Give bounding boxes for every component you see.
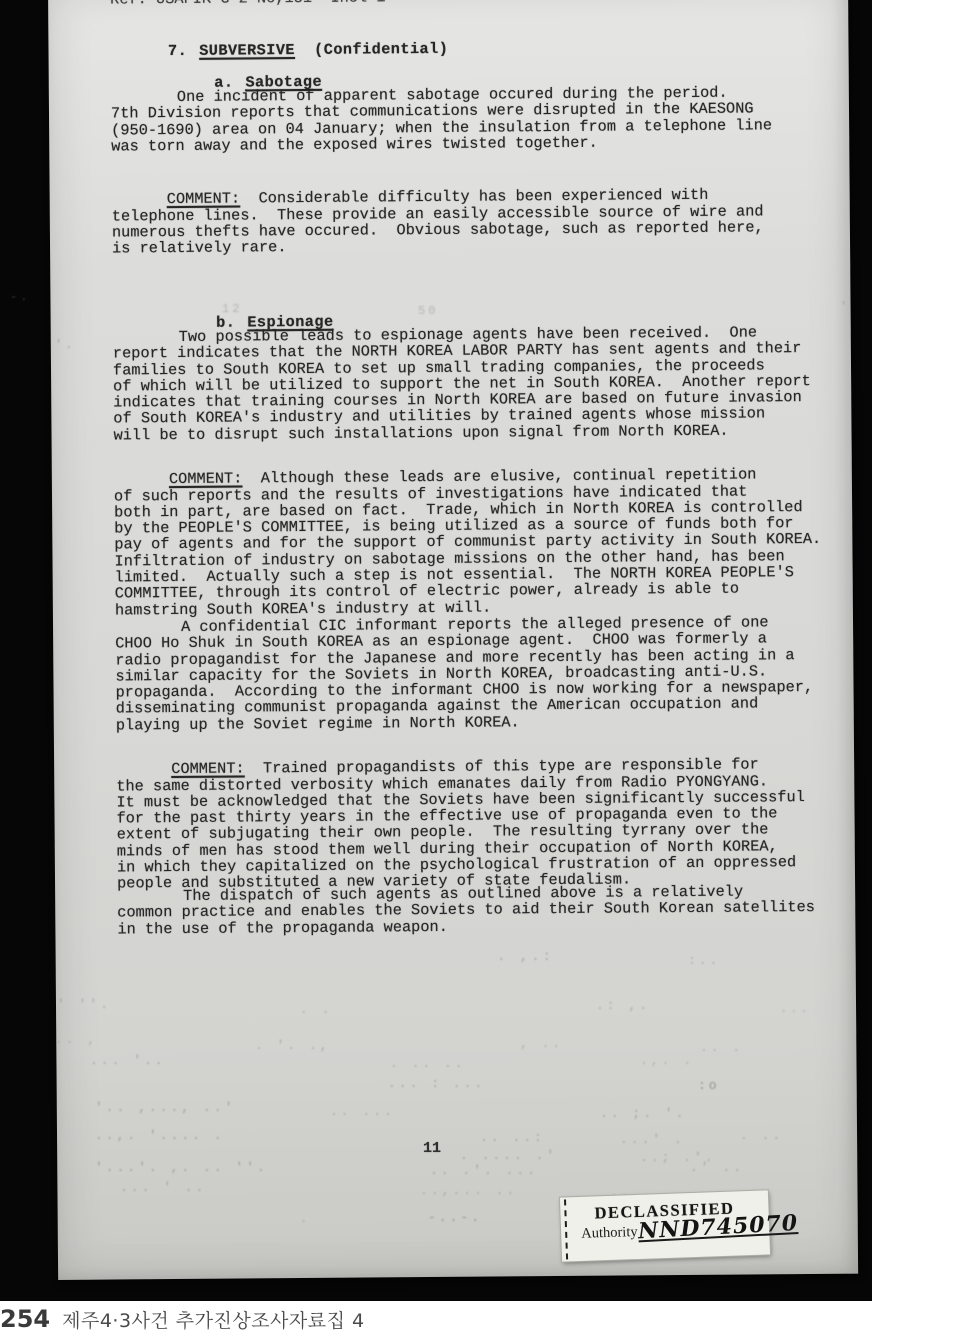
book-page-number: 254	[0, 1305, 50, 1333]
section-number: 7.	[168, 42, 187, 60]
sabotage-paragraph: One incident of apparent sabotage occure…	[111, 84, 772, 154]
espionage-paragraph: Two possible leads to espionage agents h…	[113, 324, 812, 444]
section-suffix: (Confidential)	[314, 40, 448, 59]
comment-text: Although these leads are elusive, contin…	[114, 466, 821, 619]
book-caption: 254제주4·3사건 추가진상조사자료집 4	[0, 1305, 365, 1333]
cutoff-header-line: Ref: USAFIK G-2 No,151 Incl 1	[110, 0, 386, 8]
scanner-black-background: Ref: USAFIK G-2 No,151 Incl 1 7.SUBVERSI…	[0, 0, 872, 1301]
section-classification	[295, 41, 314, 59]
espionage-comment: COMMENT: Although these leads are elusiv…	[114, 450, 822, 635]
scanned-document-page: { "document": { "header_fragment": "Ref:…	[0, 0, 976, 1336]
document-page: Ref: USAFIK G-2 No,151 Incl 1 7.SUBVERSI…	[48, 0, 858, 1280]
sabotage-comment: COMMENT: Considerable difficulty has bee…	[111, 170, 764, 273]
dispatch-paragraph: The dispatch of such agents as outlined …	[117, 883, 815, 937]
comment-text: Trained propagandists of this type are r…	[116, 756, 805, 893]
book-title: 제주4·3사건 추가진상조사자료집 4	[62, 1310, 365, 1332]
cic-informant-paragraph: A confidential CIC informant reports the…	[115, 614, 814, 734]
